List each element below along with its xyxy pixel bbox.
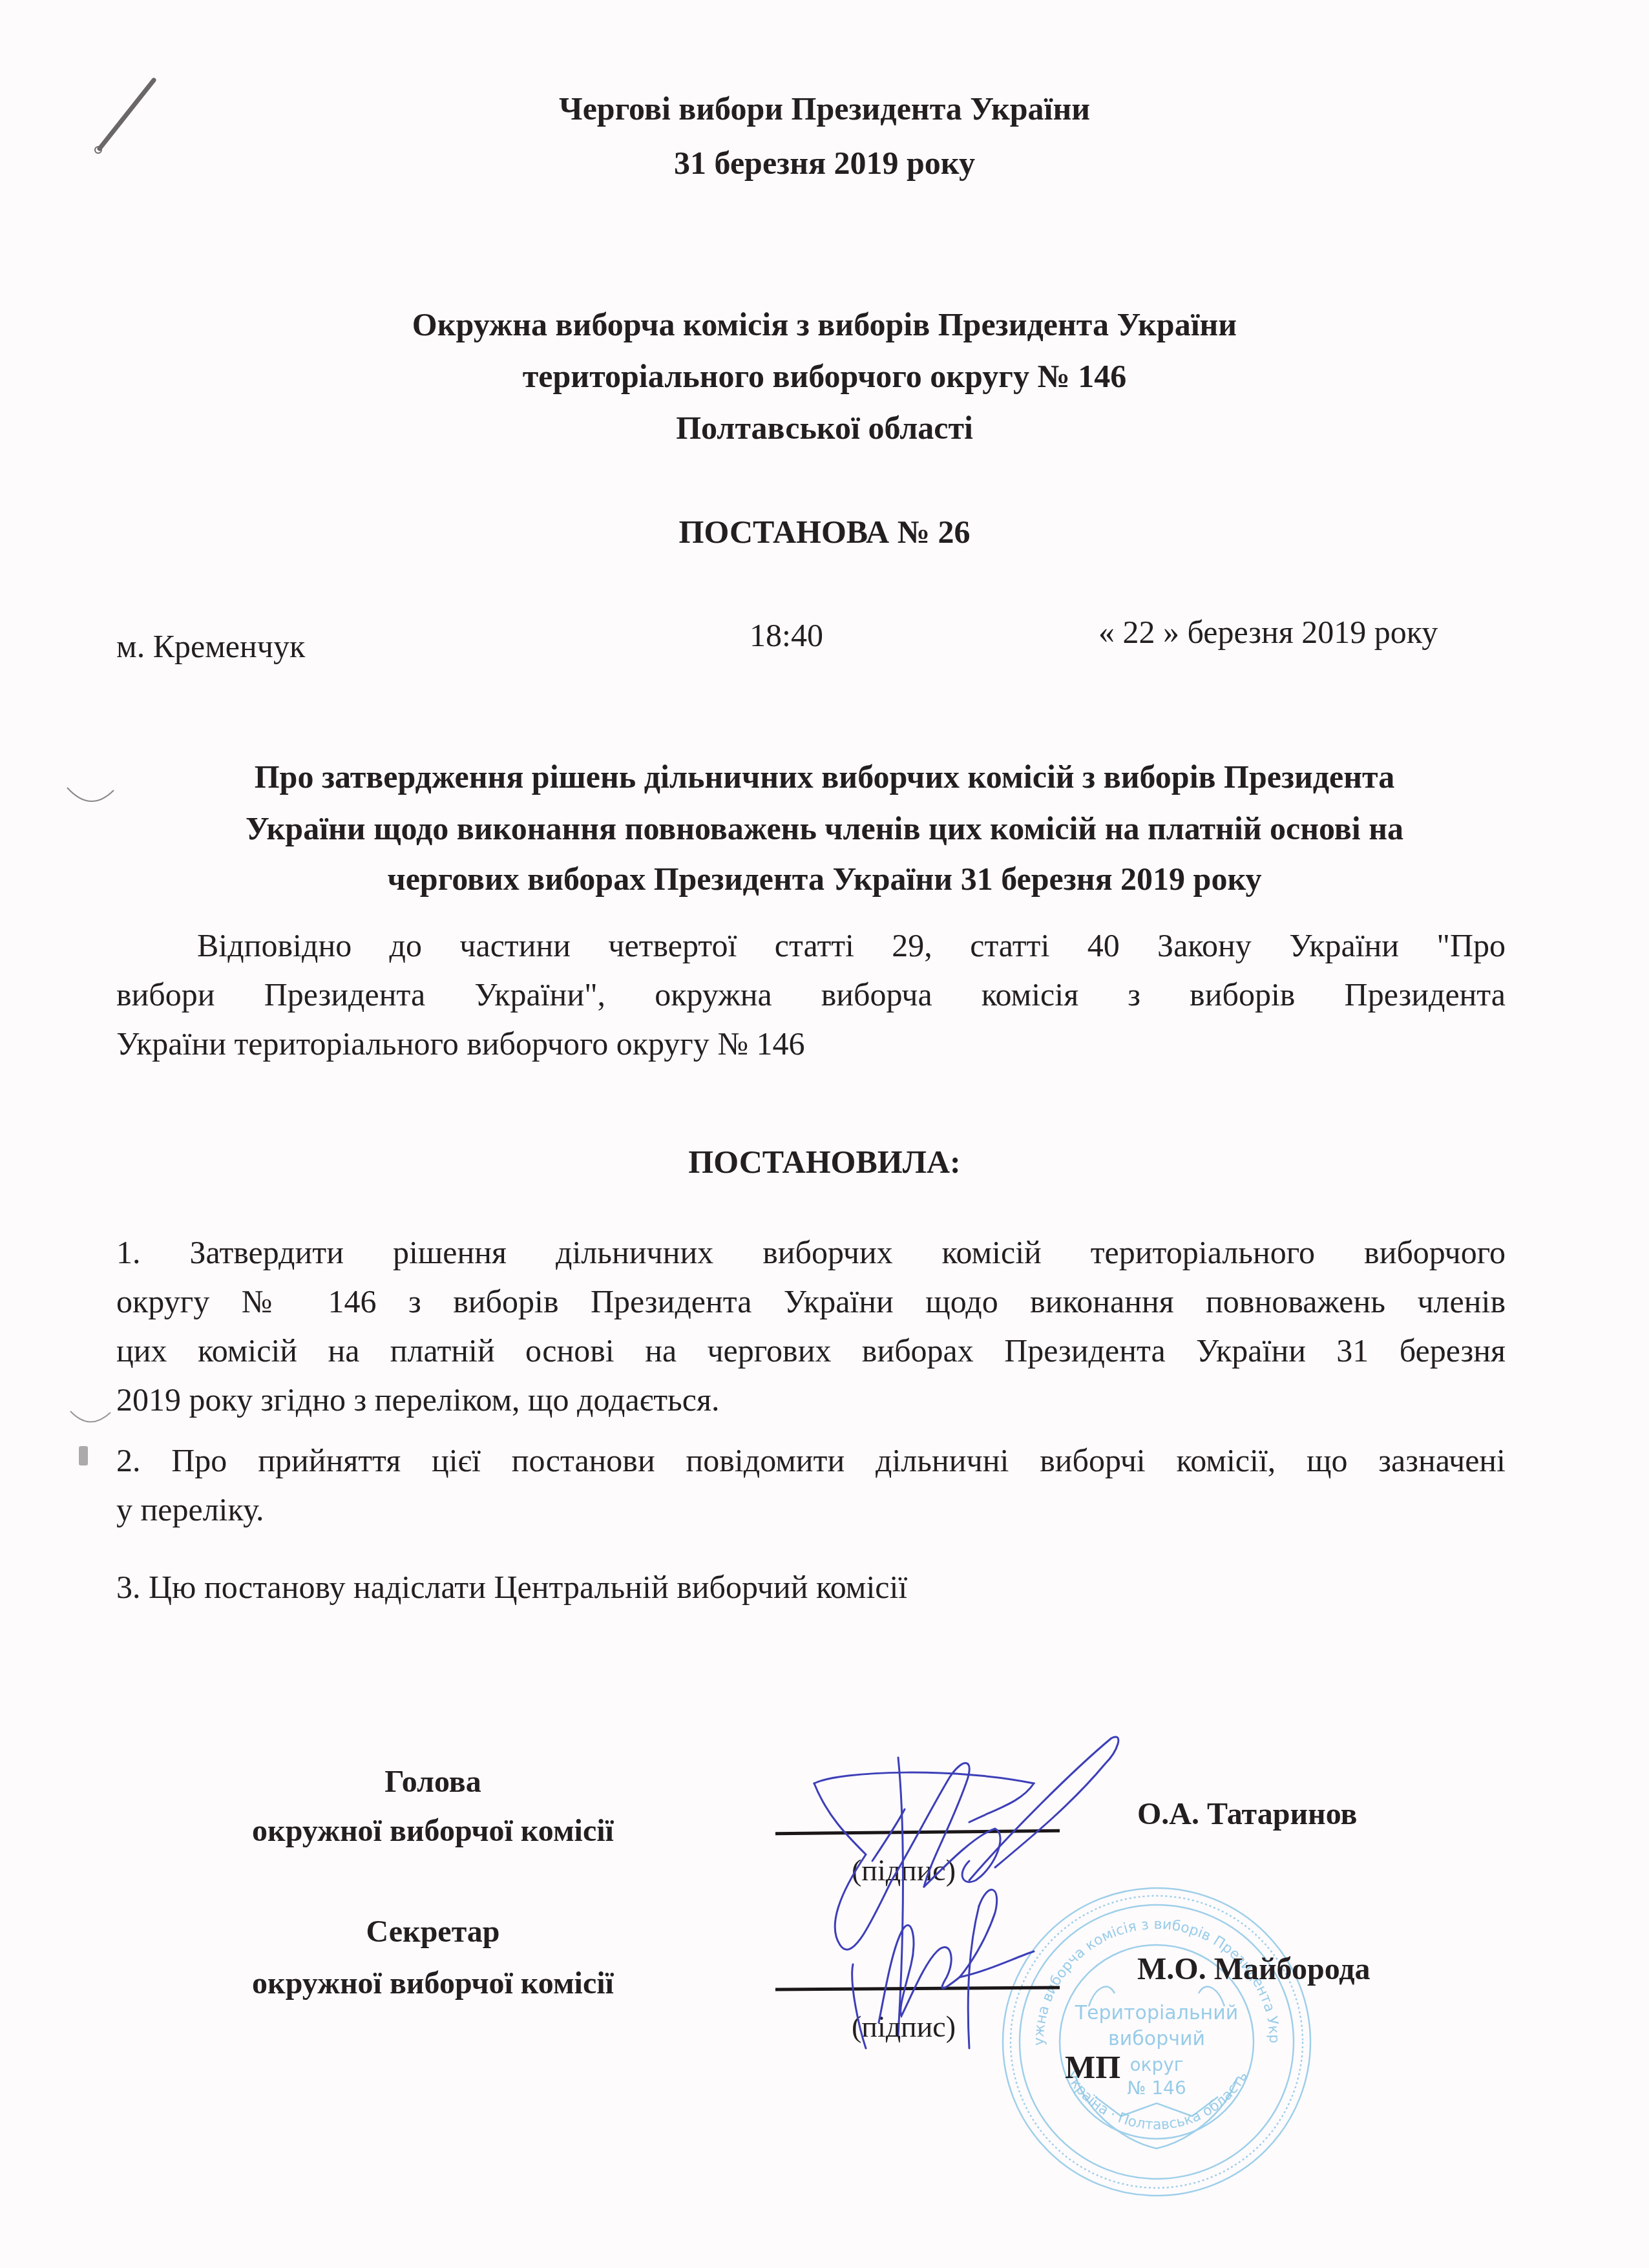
decision-item-1: 1. Затвердити рішення дільничних виборчи…	[116, 1228, 1506, 1424]
decision-item-3: 3. Цю постанову надіслати Центральній ви…	[116, 1562, 1506, 1612]
decision-line: 1. Затвердити рішення дільничних виборчи…	[116, 1228, 1506, 1277]
election-date: 31 березня 2019 року	[0, 143, 1649, 182]
secretary-role: Секретар окружної виборчої комісії	[187, 1906, 678, 2010]
secretary-signature-icon	[840, 1874, 1047, 2055]
decision-line: 2019 року згідно з переліком, що додаєть…	[116, 1375, 1506, 1424]
decided-heading: ПОСТАНОВИЛА:	[0, 1142, 1649, 1181]
chairman-role-title: Голова	[187, 1758, 678, 1807]
preamble-line: України територіального виборчого округу…	[116, 1019, 1506, 1068]
decision-line: 2. Про прийняття цієї постанови повідоми…	[116, 1436, 1506, 1485]
resolution-number: ПОСТАНОВА № 26	[0, 512, 1649, 551]
decision-line: у переліку.	[116, 1485, 1506, 1534]
preamble-line: Відповідно до частини четвертої статті 2…	[116, 921, 1506, 970]
svg-text:округ: округ	[1129, 2054, 1183, 2075]
secretary-role-title: Секретар	[187, 1906, 678, 1958]
secretary-name: М.О. Майборода	[1137, 1951, 1371, 1987]
election-title: Чергові вибори Президента України	[0, 89, 1649, 128]
commission-region: Полтавської області	[0, 408, 1649, 447]
subject-line1: Про затвердження рішень дільничних вибор…	[0, 757, 1649, 796]
resolution-date: « 22 » березня 2019 року	[1098, 607, 1438, 656]
resolution-city: м. Кременчук	[116, 622, 305, 671]
chairman-name: О.А. Татаринов	[1137, 1796, 1357, 1832]
subject-line3: чергових виборах Президента України 31 б…	[0, 859, 1649, 898]
hole-punch-mark-icon	[68, 1409, 113, 1431]
decision-line: округу № 146 з виборів Президента Україн…	[116, 1277, 1506, 1326]
resolution-time: 18:40	[750, 611, 823, 660]
decision-line: цих комісій на платній основі на чергови…	[116, 1326, 1506, 1375]
seal-place-label: МП	[1065, 2048, 1120, 2086]
chairman-role-body: окружної виборчої комісії	[187, 1807, 678, 1856]
secretary-role-body: окружної виборчої комісії	[187, 1958, 678, 2010]
commission-name-line1: Окружна виборча комісія з виборів Презид…	[0, 305, 1649, 344]
decision-item-2: 2. Про прийняття цієї постанови повідоми…	[116, 1436, 1506, 1534]
svg-text:№ 146: № 146	[1127, 2077, 1186, 2099]
svg-text:виборчий: виборчий	[1108, 2028, 1205, 2050]
scan-speck	[79, 1446, 88, 1465]
chairman-role: Голова окружної виборчої комісії	[187, 1758, 678, 1856]
preamble-paragraph: Відповідно до частини четвертої статті 2…	[116, 921, 1506, 1068]
decision-line: 3. Цю постанову надіслати Центральній ви…	[116, 1562, 1506, 1612]
commission-name-line2: територіального виборчого округу № 146	[0, 357, 1649, 395]
preamble-line: вибори Президента України", окружна вибо…	[116, 970, 1506, 1019]
subject-line2: України щодо виконання повноважень члені…	[0, 809, 1649, 848]
svg-text:Територіальний: Територіальний	[1075, 2002, 1238, 2024]
